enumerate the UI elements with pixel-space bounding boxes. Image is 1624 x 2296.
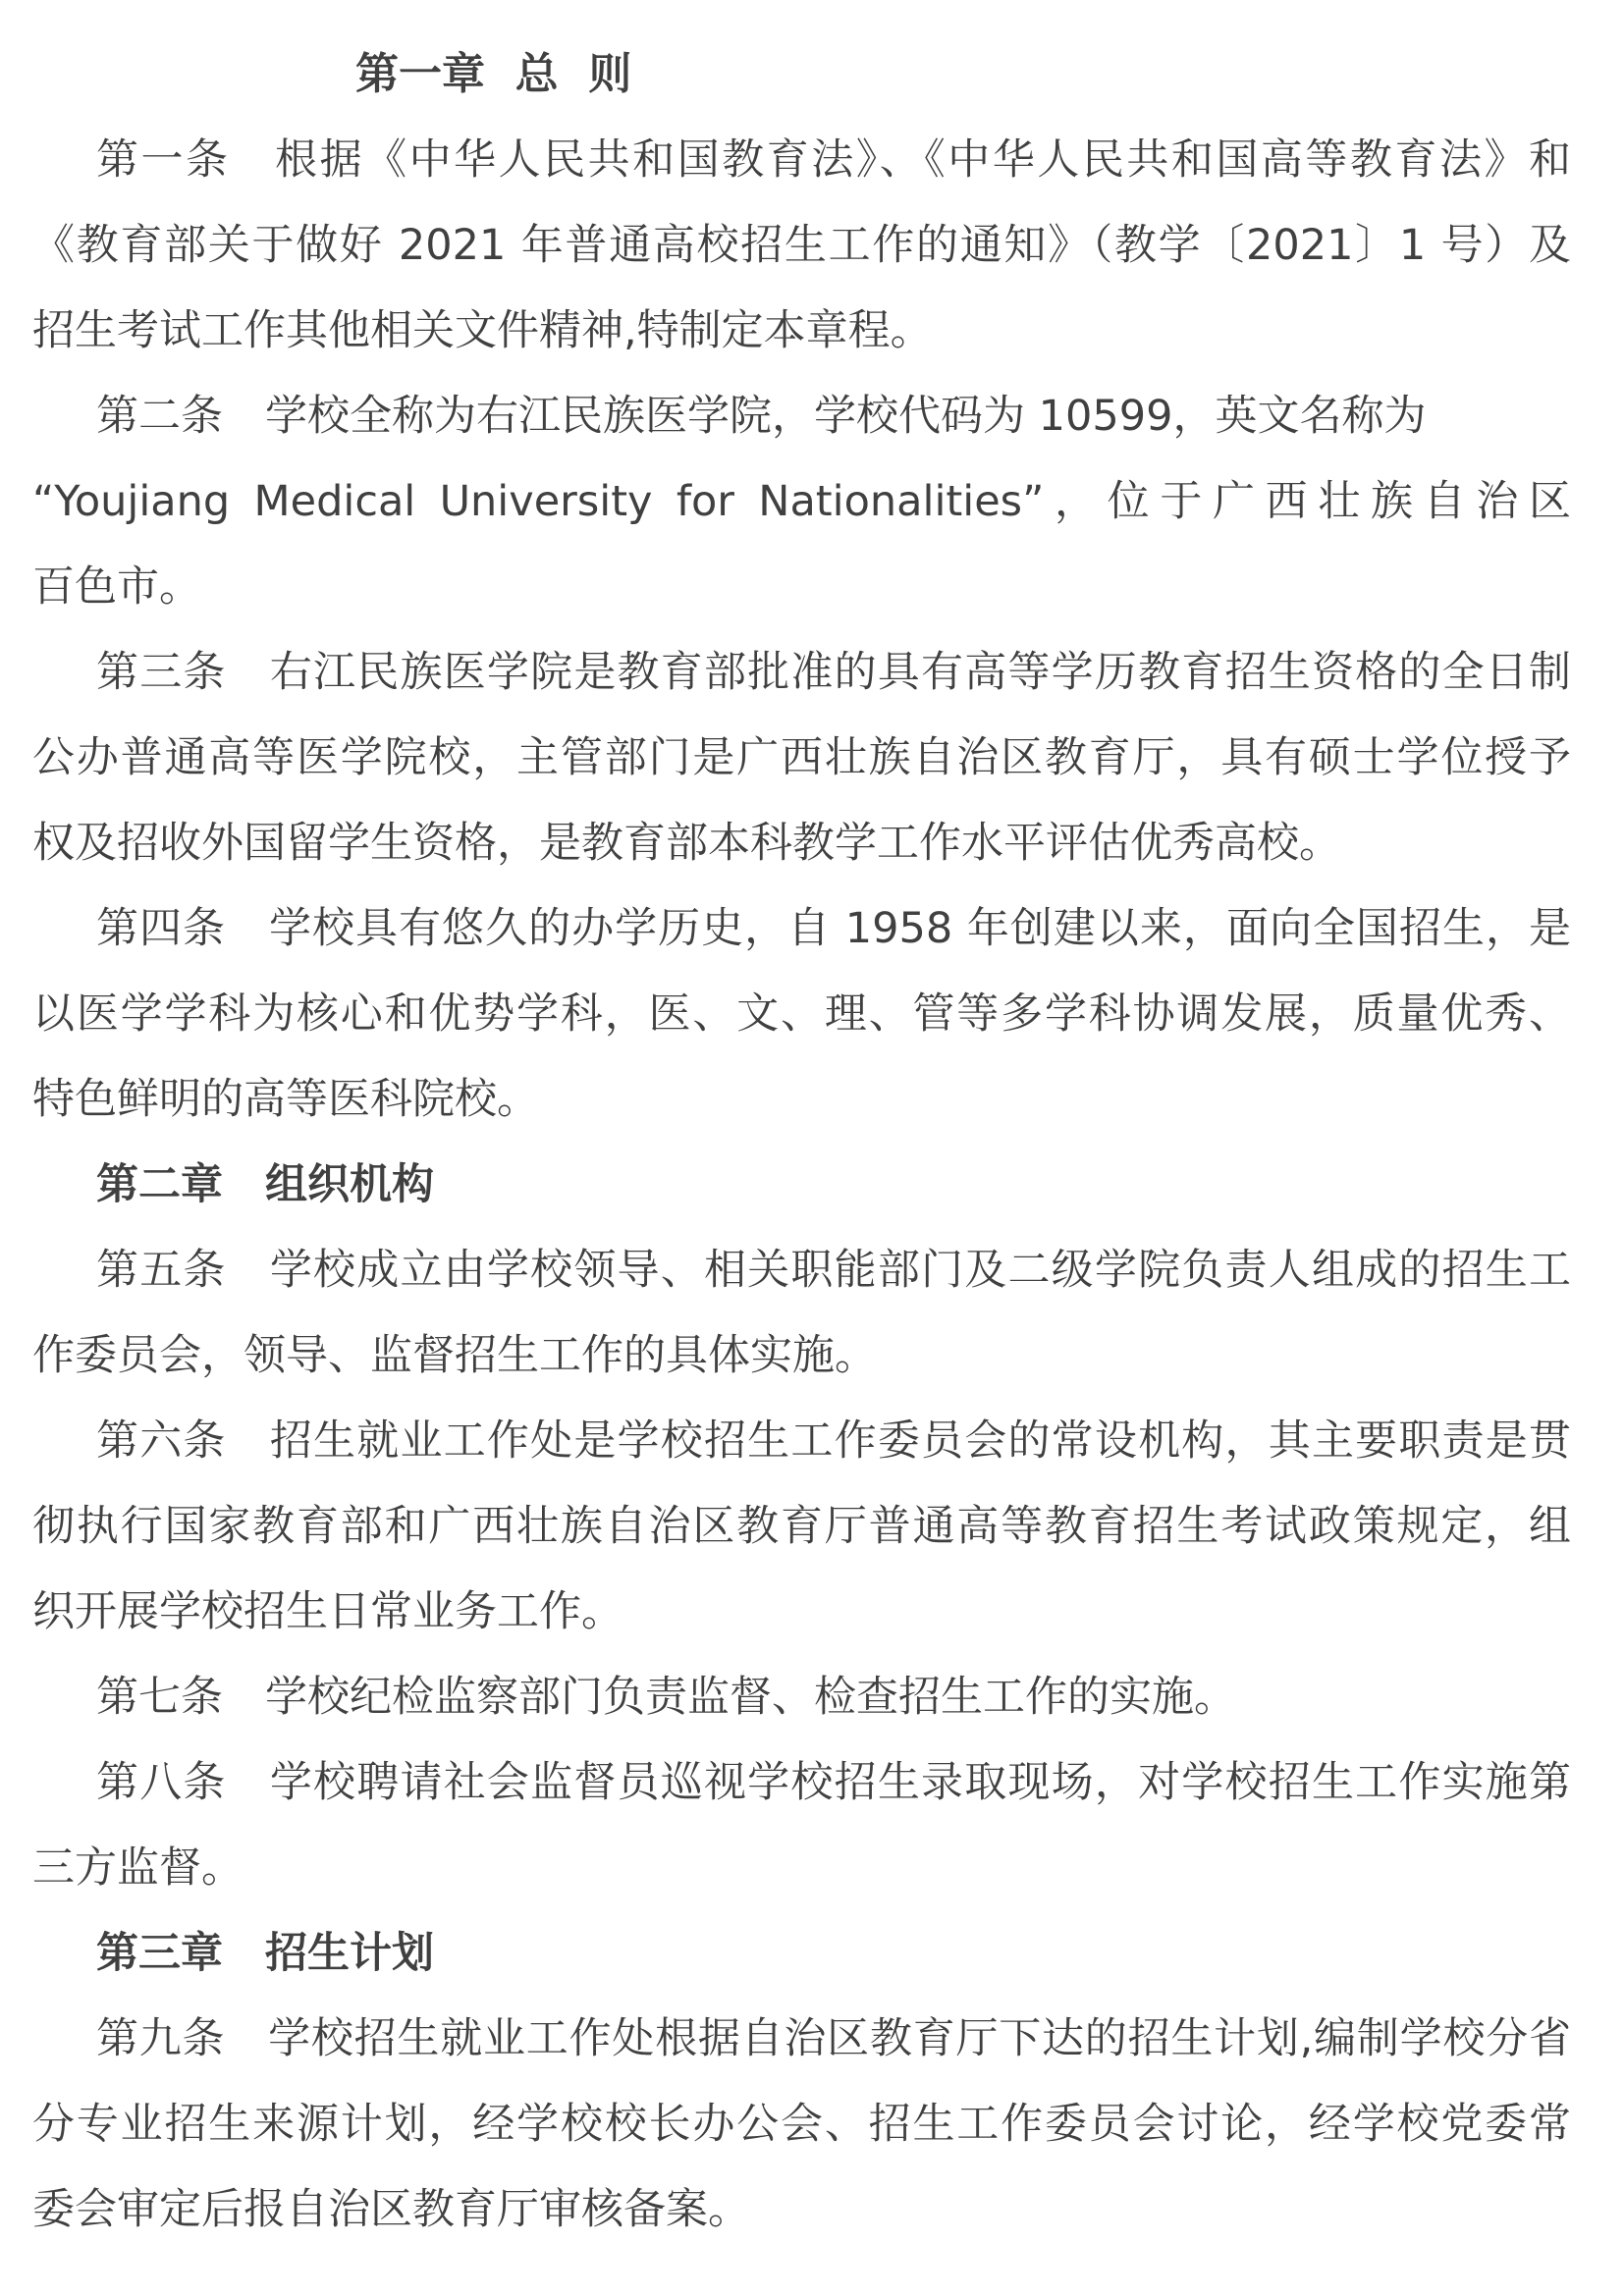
paragraph-line: 第七条 学校纪检监察部门负责监督、检查招生工作的实施。 xyxy=(96,1672,1571,1723)
paragraph-line: 织开展学校招生日常业务工作。 xyxy=(32,1586,1571,1637)
paragraph-line: 第四条 学校具有悠久的办学历史，自 1958 年创建以来，面向全国招生，是 xyxy=(96,903,1571,954)
paragraph-line: “Youjiang Medical University for Nationa… xyxy=(32,476,1571,527)
paragraph-line: 三方监督。 xyxy=(32,1842,1571,1894)
paragraph-line: 公办普通高等医学院校，主管部门是广西壮族自治区教育厅，具有硕士学位授予 xyxy=(32,732,1571,783)
paragraph-line: 第八条 学校聘请社会监督员巡视学校招生录取现场，对学校招生工作实施第 xyxy=(96,1757,1571,1808)
paragraph-line: 作委员会，领导、监督招生工作的具体实施。 xyxy=(32,1330,1571,1381)
paragraph-line: 百色市。 xyxy=(32,561,1571,613)
paragraph-line: 特色鲜明的高等医科院校。 xyxy=(32,1074,1571,1125)
document-page: 第一章 总 则 第一条 根据《中华人民共和国教育法》、《中华人民共和国高等教育法… xyxy=(0,0,1624,2296)
paragraph-line: 第三条 右江民族医学院是教育部批准的具有高等学历教育招生资格的全日制 xyxy=(96,647,1571,698)
paragraph-line: 权及招收外国留学生资格，是教育部本科教学工作水平评估优秀高校。 xyxy=(32,818,1571,869)
chapter-title: 第一章 总 则 xyxy=(355,49,631,100)
paragraph-line: 第二条 学校全称为右江民族医学院，学校代码为 10599，英文名称为 xyxy=(96,391,1571,442)
paragraph-line: 第六条 招生就业工作处是学校招生工作委员会的常设机构，其主要职责是贯 xyxy=(96,1415,1571,1467)
paragraph-line: 委会审定后报自治区教育厅审核备案。 xyxy=(32,2184,1571,2235)
paragraph-line: 分专业招生来源计划，经学校校长办公会、招生工作委员会讨论，经学校党委常 xyxy=(32,2099,1571,2150)
paragraph-line: 第一条 根据《中华人民共和国教育法》、《中华人民共和国高等教育法》和 xyxy=(96,134,1571,186)
paragraph-line: 招生考试工作其他相关文件精神,特制定本章程。 xyxy=(32,305,1571,356)
paragraph-line: 彻执行国家教育部和广西壮族自治区教育厅普通高等教育招生考试政策规定，组 xyxy=(32,1501,1571,1552)
paragraph-line: 以医学学科为核心和优势学科，医、文、理、管等多学科协调发展，质量优秀、 xyxy=(32,988,1571,1040)
chapter-heading: 第三章 招生计划 xyxy=(96,1928,1571,1979)
paragraph-line: 第九条 学校招生就业工作处根据自治区教育厅下达的招生计划,编制学校分省 xyxy=(96,2013,1571,2064)
paragraph-line: 《教育部关于做好 2021 年普通高校招生工作的通知》（教学〔2021〕1 号）… xyxy=(32,220,1571,271)
paragraph-line: 第五条 学校成立由学校领导、相关职能部门及二级学院负责人组成的招生工 xyxy=(96,1245,1571,1296)
chapter-heading: 第二章 组织机构 xyxy=(96,1159,1571,1210)
